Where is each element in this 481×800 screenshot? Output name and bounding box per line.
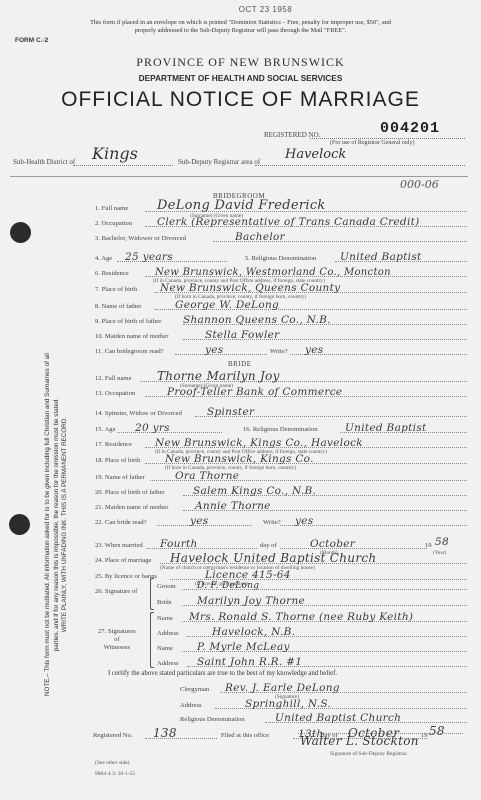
bride-can-read: yes xyxy=(190,515,208,527)
marriage-date-row: 23. When married Fourth day of October (… xyxy=(95,537,467,550)
field-label: 12. Full name xyxy=(95,375,131,382)
witness1-address: Havelock, N.B. xyxy=(212,626,295,638)
groom-age: 25 years xyxy=(125,251,173,263)
field-label: day of xyxy=(260,542,277,549)
filing-registered-no: 138 xyxy=(153,726,177,740)
groom-mother-name-row: 10. Maiden name of mother Stella Fowler xyxy=(95,328,467,341)
field-label: 13. Occupation xyxy=(95,390,135,397)
registered-no-line xyxy=(310,138,465,139)
marriage-month: October xyxy=(310,538,355,550)
bride-father-name: Ora Thorne xyxy=(175,470,239,482)
punch-hole-bottom xyxy=(9,514,30,535)
postal-note-line1: This form if placed in an envelope on wh… xyxy=(20,19,461,27)
bride-residence: New Brunswick, Kings Co., Havelock xyxy=(155,437,363,449)
field-label: 2. Occupation xyxy=(95,220,132,227)
bride-full-name-row: 12. Full name Thorne Marilyn Joy (Surnam… xyxy=(95,370,467,383)
field-label: Religious Denomination xyxy=(180,716,245,723)
punch-hole-top xyxy=(10,222,31,243)
witness2-name: P. Myrle McLeay xyxy=(197,641,290,653)
field-label: 14. Spinster, Widow or Divorced xyxy=(95,410,182,417)
witness2-address-row: Address Saint John R.R. #1 xyxy=(157,655,467,668)
clergyman-denomination-row: Religious Denomination United Baptist Ch… xyxy=(180,711,467,724)
bride-age-religion-row: 15. Age 20 yrs 16. Religious Denominatio… xyxy=(95,421,467,434)
groom-father-name: George W. DeLong xyxy=(175,299,279,311)
clergyman-address-row: Address Springhill, N.S. xyxy=(180,697,467,710)
field-label: 21. Maiden name of mother xyxy=(95,504,168,511)
witness1-name-row: Name Mrs. Ronald S. Thorne (nee Ruby Kei… xyxy=(157,610,467,623)
registered-no-value: 004201 xyxy=(380,120,440,137)
bride-mother-name: Annie Thorne xyxy=(195,500,271,512)
groom-religion: United Baptist xyxy=(340,251,422,263)
bride-marital-status-row: 14. Spinster, Widow or Divorced Spinster xyxy=(95,405,467,418)
field-label: 17. Residence xyxy=(95,441,132,448)
field-label: 6. Residence xyxy=(95,270,129,277)
side-note-line3: WRITE PLAINLY, WITH UNFADING INK. THIS I… xyxy=(61,353,70,696)
marriage-place-row: 24. Place of marriage Havelock United Ba… xyxy=(95,552,467,565)
field-label: 10. Maiden name of mother xyxy=(95,333,168,340)
registrar-signature-label: Signature of Sub-Deputy Registrar. xyxy=(330,751,408,757)
witnesses-brace xyxy=(150,612,154,668)
bride-marital-status: Spinster xyxy=(207,406,254,418)
print-code: 9004-4.3: 18-1-55 xyxy=(95,771,135,777)
field-label: 20. Place of birth of father xyxy=(95,489,165,496)
sub-health-district-line xyxy=(73,165,173,166)
postal-note: This form if placed in an envelope on wh… xyxy=(20,19,461,35)
bride-father-birthplace: Salem Kings Co., N.B. xyxy=(193,485,316,497)
field-label: 3. Bachelor, Widower or Divorced xyxy=(95,235,186,242)
province-heading: PROVINCE OF NEW BRUNSWICK xyxy=(0,55,481,70)
groom-occupation-row: 2. Occupation Clerk (Representative of T… xyxy=(95,215,467,228)
groom-mother-name: Stella Fowler xyxy=(205,329,279,341)
header-divider xyxy=(10,176,468,177)
bride-religion: United Baptist xyxy=(345,422,427,434)
marriage-day: Fourth xyxy=(160,538,198,550)
field-label: 1. Full name xyxy=(95,205,128,212)
field-label: Address xyxy=(157,630,179,637)
field-label: Registered No. xyxy=(93,732,133,739)
marriage-place: Havelock United Baptist Church xyxy=(170,551,376,565)
groom-birthplace: New Brunswick, Queens County xyxy=(160,282,340,294)
field-label: 8. Name of father xyxy=(95,303,142,310)
sub-deputy-area-label: Sub-Deputy Registrar area of xyxy=(178,158,260,166)
bride-birthplace-row: 18. Place of birth New Brunswick, Kings … xyxy=(95,452,467,465)
form-number: FORM C.-2 xyxy=(15,37,48,44)
groom-can-write: yes xyxy=(305,344,323,356)
bride-birthplace: New Brunswick, Kings Co. xyxy=(165,453,314,465)
signature-of-label: 26. Signature of xyxy=(95,588,137,595)
clergyman-denomination: United Baptist Church xyxy=(275,712,401,724)
groom-residence-row: 6. Residence New Brunswick, Westmorland … xyxy=(95,265,467,278)
witness2-name-row: Name P. Myrle McLeay xyxy=(157,640,467,653)
groom-signature-row: Groom D. F. DeLong xyxy=(157,578,467,591)
field-label: 5. Religious Denomination xyxy=(245,255,316,262)
groom-residence: New Brunswick, Westmorland Co., Moncton xyxy=(155,267,391,278)
filed-year: 58 xyxy=(429,724,445,738)
witnesses-label-line3: Witnesses xyxy=(98,644,136,652)
registrar-signature: Walter L. Stockton xyxy=(300,734,419,748)
document-title: OFFICIAL NOTICE OF MARRIAGE xyxy=(0,88,481,112)
field-label: Write? xyxy=(263,519,281,526)
groom-father-name-row: 8. Name of father George W. DeLong xyxy=(95,298,467,311)
received-date-stamp: OCT 23 1958 xyxy=(0,5,481,14)
field-label: 22. Can bride read? xyxy=(95,519,147,526)
side-note: NOTE.– This form must not be mutilated. … xyxy=(44,353,70,696)
field-label: Filed at this office xyxy=(221,732,269,739)
groom-signature: D. F. DeLong xyxy=(197,581,259,591)
department-heading: DEPARTMENT OF HEALTH AND SOCIAL SERVICES xyxy=(0,73,481,83)
bride-father-name-row: 19. Name of father Ora Thorne xyxy=(95,469,467,482)
signature-brace xyxy=(150,578,154,610)
groom-marital-status-row: 3. Bachelor, Widower or Divorced Bachelo… xyxy=(95,230,467,243)
field-label: 9. Place of birth of father xyxy=(95,318,161,325)
witness1-address-row: Address Havelock, N.B. xyxy=(157,625,467,638)
bride-occupation-row: 13. Occupation Proof-Teller Bank of Comm… xyxy=(95,385,467,398)
field-label: 7. Place of birth xyxy=(95,286,137,293)
sub-health-district-label: Sub-Health District of xyxy=(13,158,75,166)
postal-note-line2: properly addressed to the Sub-Deputy Reg… xyxy=(20,27,461,35)
groom-occupation: Clerk (Representative of Trans Canada Cr… xyxy=(157,216,420,228)
field-label: Name xyxy=(157,645,173,652)
field-label: 19. Name of father xyxy=(95,474,145,481)
groom-birthplace-row: 7. Place of birth New Brunswick, Queens … xyxy=(95,281,467,294)
groom-literacy-row: 11. Can bridegroom read? yes Write? yes xyxy=(95,343,467,356)
field-label: 18. Place of birth xyxy=(95,457,140,464)
field-label: Address xyxy=(180,702,202,709)
side-note-line2: parties, and if for any reason this is i… xyxy=(53,353,62,696)
groom-full-name-row: 1. Full name DeLong David Frederick (Sur… xyxy=(95,200,467,213)
witness2-address: Saint John R.R. #1 xyxy=(197,656,302,668)
groom-marital-status: Bachelor xyxy=(235,231,285,243)
witnesses-label-line1: 27. Signatures xyxy=(98,628,136,636)
clergyman-row: Clergyman Rev. J. Earle DeLong (Signatur… xyxy=(180,681,467,694)
bride-residence-row: 17. Residence New Brunswick, Kings Co., … xyxy=(95,436,467,449)
corner-code: 000-06 xyxy=(400,178,439,191)
side-note-line1: NOTE.– This form must not be mutilated. … xyxy=(44,353,53,696)
witness1-name: Mrs. Ronald S. Thorne (nee Ruby Keith) xyxy=(189,611,413,623)
field-label: Groom xyxy=(157,583,176,590)
groom-age-religion-row: 4. Age 25 years 5. Religious Denominatio… xyxy=(95,250,467,263)
field-label: Write? xyxy=(270,348,288,355)
field-label: Address xyxy=(157,660,179,667)
field-label: 24. Place of marriage xyxy=(95,557,151,564)
field-label: Bride xyxy=(157,599,172,606)
bride-signature: Marilyn Joy Thorne xyxy=(197,595,305,607)
bride-father-birthplace-row: 20. Place of birth of father Salem Kings… xyxy=(95,484,467,497)
groom-full-name: DeLong David Frederick xyxy=(157,198,326,213)
field-label: 16. Religious Denomination xyxy=(243,426,318,433)
field-label: 4. Age xyxy=(95,255,112,262)
bride-age: 20 yrs xyxy=(135,422,170,434)
groom-can-read: yes xyxy=(205,344,223,356)
field-label: 11. Can bridegroom read? xyxy=(95,348,164,355)
year-prefix: 19 xyxy=(425,542,432,549)
registered-no-note: (For use of Registrar General only) xyxy=(330,140,414,146)
field-label: 25. By licence or banns xyxy=(95,573,157,580)
sub-deputy-area-line xyxy=(255,165,465,166)
witnesses-label-line2: of xyxy=(98,636,136,644)
see-other-side: (See other side) xyxy=(95,760,130,766)
field-label: Clergyman xyxy=(180,686,209,693)
groom-father-birthplace-row: 9. Place of birth of father Shannon Quee… xyxy=(95,313,467,326)
clergyman-address: Springhill, N.S. xyxy=(245,698,331,710)
certification-statement: I certify the above stated particulars a… xyxy=(108,670,337,677)
bride-full-name: Thorne Marilyn Joy xyxy=(157,369,280,383)
bride-can-write: yes xyxy=(295,515,313,527)
field-label: 23. When married xyxy=(95,542,143,549)
bride-heading: BRIDE xyxy=(228,360,252,368)
field-label: Name xyxy=(157,615,173,622)
witnesses-label: 27. Signatures of Witnesses xyxy=(98,628,136,652)
field-label: 15. Age xyxy=(95,426,116,433)
bride-occupation: Proof-Teller Bank of Commerce xyxy=(167,386,342,398)
groom-father-birthplace: Shannon Queens Co., N.B. xyxy=(183,314,331,326)
bride-literacy-row: 22. Can bride read? yes Write? yes xyxy=(95,514,467,527)
sub-health-district-value: Kings xyxy=(92,144,138,163)
clergyman-signature: Rev. J. Earle DeLong xyxy=(225,682,340,694)
sub-deputy-area-value: Havelock xyxy=(285,147,346,162)
bride-signature-row: Bride Marilyn Joy Thorne xyxy=(157,594,467,607)
bride-mother-name-row: 21. Maiden name of mother Annie Thorne xyxy=(95,499,467,512)
marriage-year: 58 xyxy=(435,536,449,548)
